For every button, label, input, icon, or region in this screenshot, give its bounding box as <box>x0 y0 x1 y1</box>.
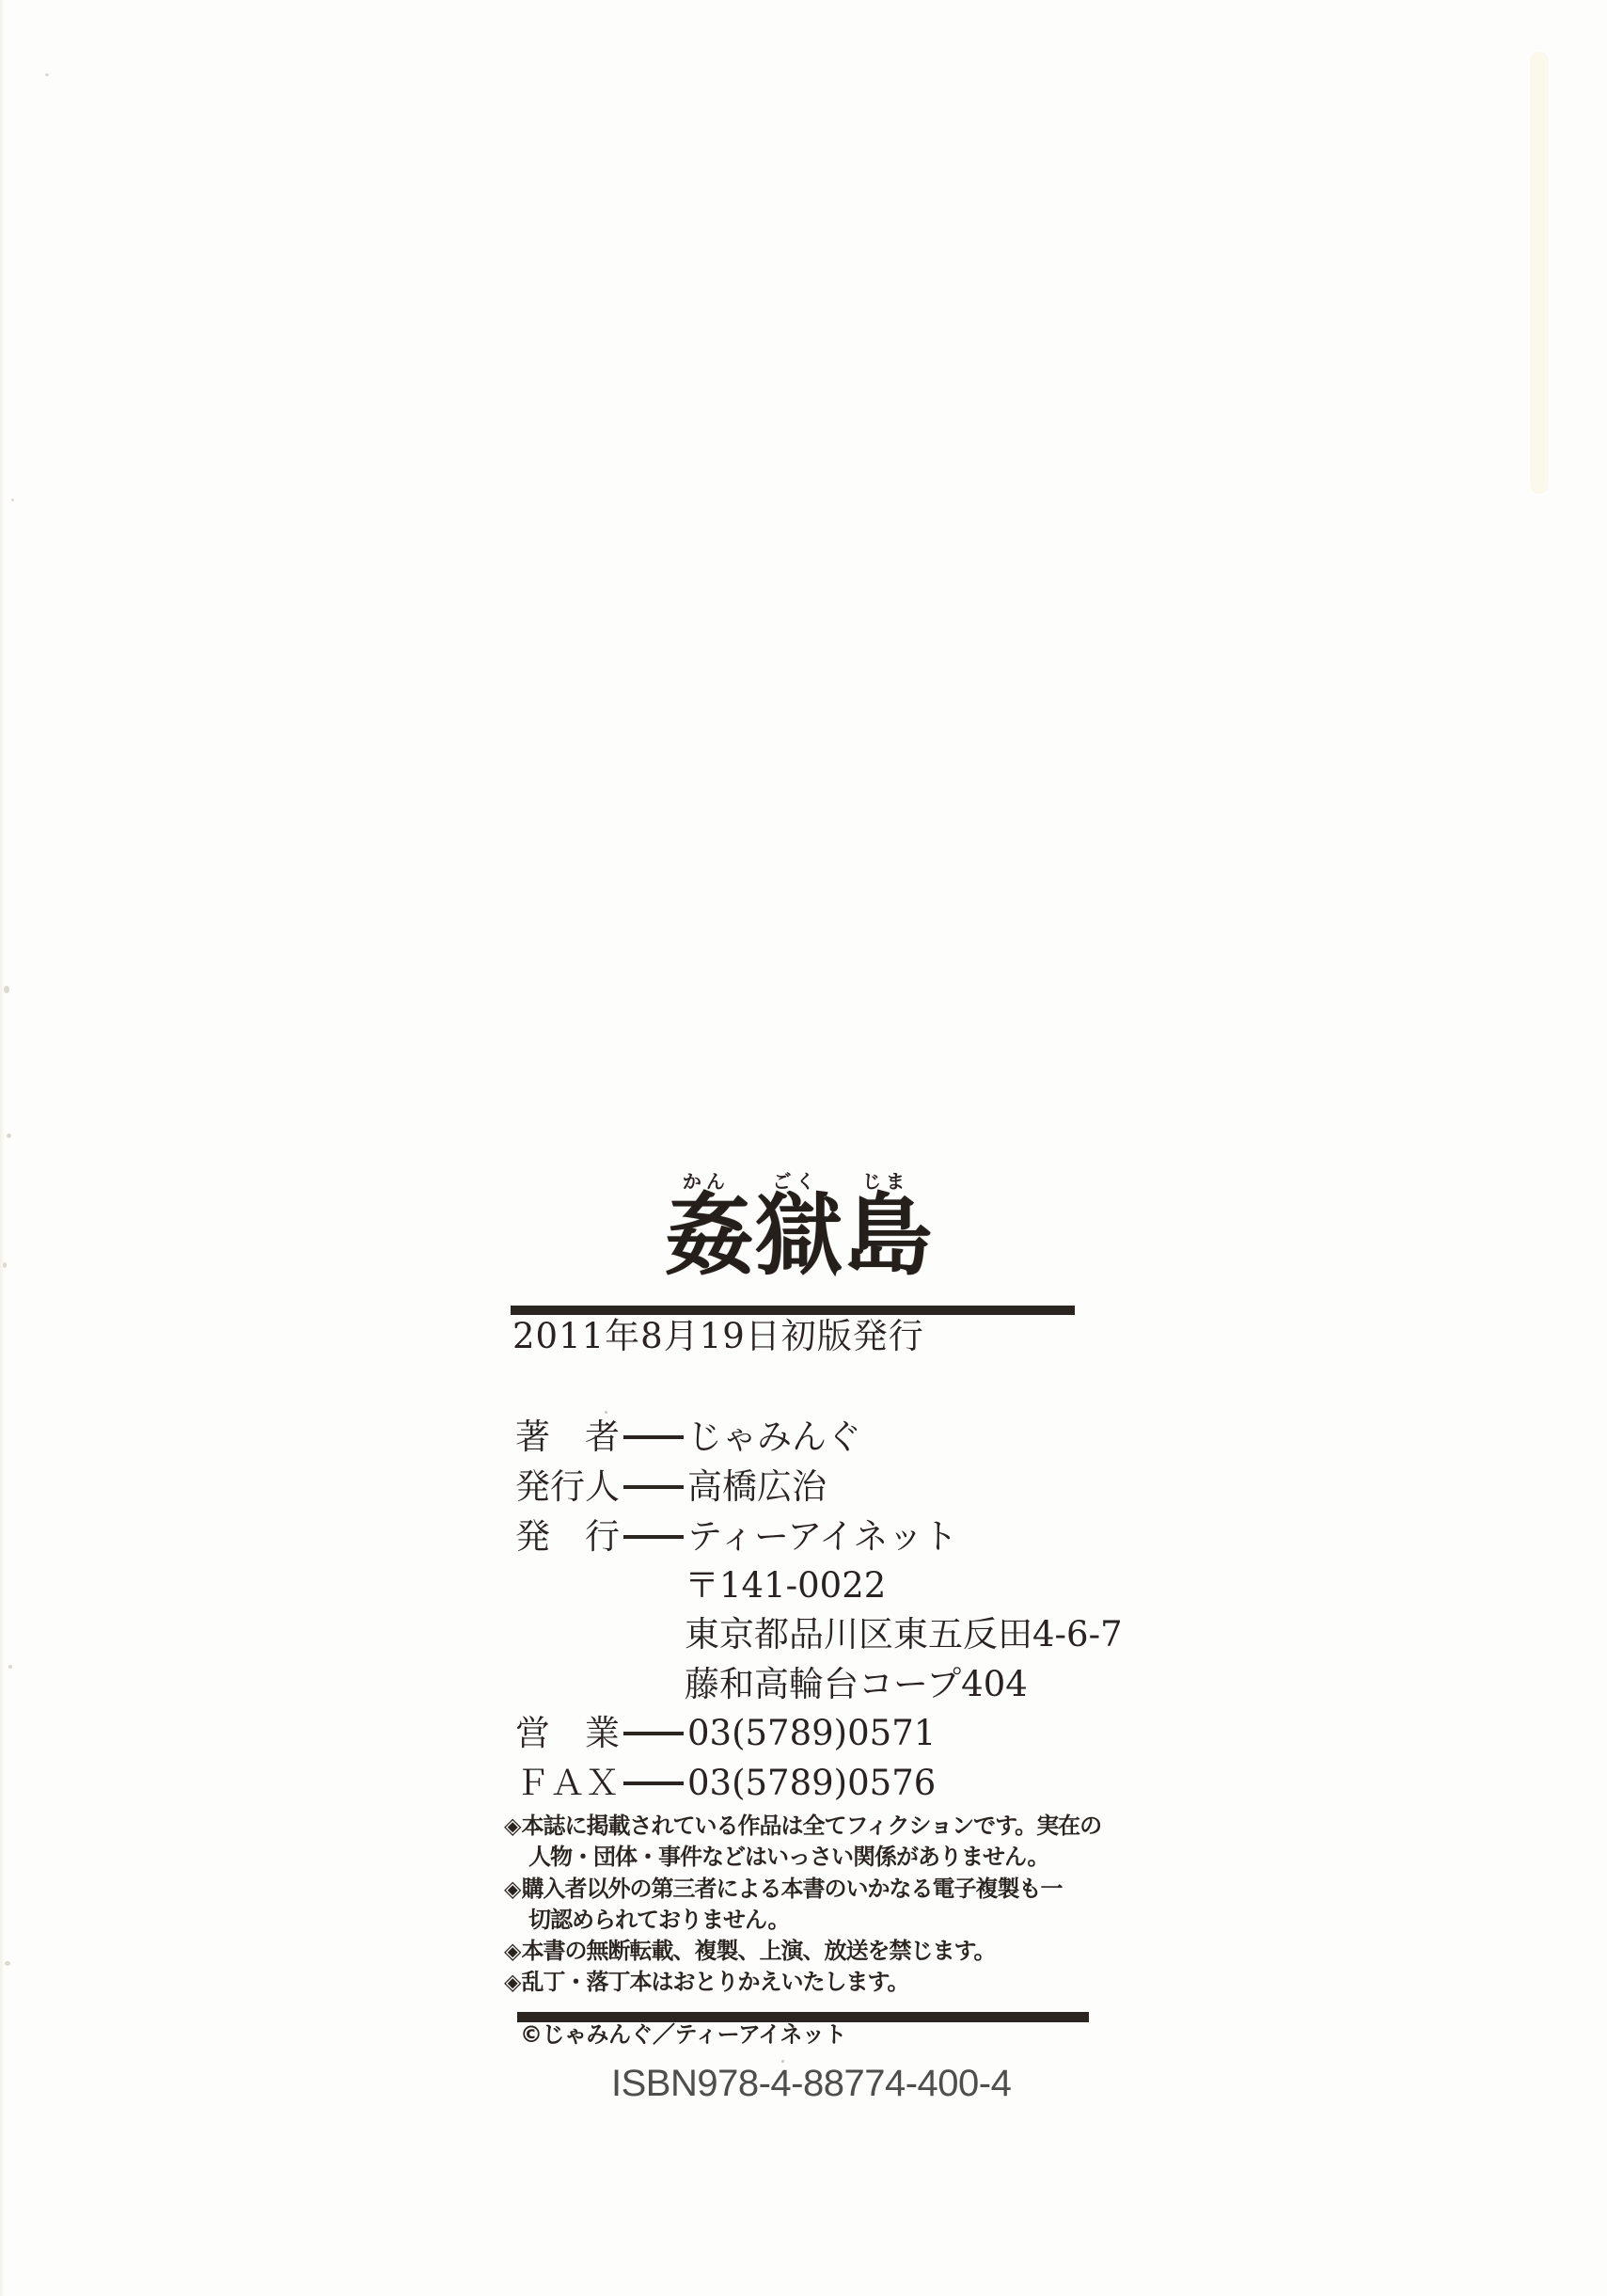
diamond-marker-icon: ◈ <box>504 1969 520 1995</box>
credit-label: 著 者 <box>515 1417 622 1458</box>
edition-date: 2011年8月19日初版発行 <box>512 1315 924 1358</box>
copyright-line: ©じゃみんぐ／ティーアイネット <box>520 2019 846 2051</box>
dash-rule <box>623 1485 684 1489</box>
contact-row-sales: 営 業 03(5789)0571 <box>515 1713 936 1754</box>
notice-fiction-line-2: 人物・団体・事件などはいっさい関係がありません。 <box>528 1841 1048 1873</box>
scan-warm-band <box>1530 52 1549 494</box>
scan-speck <box>8 1665 12 1669</box>
credit-label: 発 行 <box>515 1516 622 1558</box>
diamond-marker-icon: ◈ <box>504 1876 520 1902</box>
scan-dot <box>605 1411 607 1414</box>
notice-text: 乱丁・落丁本はおとりかえいたします。 <box>521 1969 908 1995</box>
postal-code: 〒141-0022 <box>685 1565 886 1607</box>
notice-text: 本誌に掲載されている作品は全てフィクションです。実在の <box>521 1813 1101 1839</box>
isbn-number: ISBN978-4-88774-400-4 <box>611 2062 1011 2105</box>
contact-label: ＦＡＸ <box>515 1763 622 1804</box>
notice-reprint: ◈本書の無断転載、複製、上演、放送を禁じます。 <box>504 1935 996 1967</box>
notice-copy-line-2: 切認められておりません。 <box>528 1904 789 1936</box>
scan-speck <box>45 73 49 76</box>
scan-edge-shadow <box>0 0 5 2296</box>
book-title: 姦獄島 <box>508 1191 1091 1283</box>
notice-text: 切認められておりません。 <box>528 1907 789 1933</box>
notice-fiction-line-1: ◈本誌に掲載されている作品は全てフィクションです。実在の <box>504 1810 1101 1842</box>
notice-text: 本書の無断転載、複製、上演、放送を禁じます。 <box>521 1938 995 1964</box>
dash-rule <box>623 1535 684 1539</box>
scan-speck <box>4 986 9 993</box>
credit-value: じゃみんぐ <box>687 1417 861 1458</box>
scan-speck <box>11 499 14 501</box>
address-line-2: 藤和高輪台コープ404 <box>685 1664 1028 1705</box>
dash-rule <box>623 1435 684 1439</box>
diamond-marker-icon: ◈ <box>504 1813 520 1839</box>
credit-row-publisher-person: 発行人 高橋広治 <box>515 1466 827 1508</box>
diamond-marker-icon: ◈ <box>504 1938 520 1964</box>
contact-label: 営 業 <box>515 1713 622 1754</box>
address-line-1: 東京都品川区東五反田4-6-7 <box>685 1614 1123 1655</box>
credit-value: ティーアイネット <box>687 1516 958 1558</box>
divider-top <box>511 1306 1075 1315</box>
contact-value: 03(5789)0576 <box>687 1763 936 1804</box>
scan-speck <box>5 1961 10 1966</box>
scan-speck <box>7 1133 11 1138</box>
contact-value: 03(5789)0571 <box>687 1713 936 1754</box>
notice-text: 購入者以外の第三者による本書のいかなる電子複製も一 <box>521 1876 1062 1902</box>
credit-label: 発行人 <box>515 1466 622 1508</box>
scan-speck <box>3 1262 7 1268</box>
notice-copy-line-1: ◈購入者以外の第三者による本書のいかなる電子複製も一 <box>504 1873 1062 1905</box>
notice-defective-copy: ◈乱丁・落丁本はおとりかえいたします。 <box>504 1966 909 1998</box>
dash-rule <box>623 1781 684 1785</box>
credit-row-publisher: 発 行 ティーアイネット <box>515 1516 958 1558</box>
credit-value: 高橋広治 <box>687 1466 827 1508</box>
contact-row-fax: ＦＡＸ 03(5789)0576 <box>515 1763 936 1804</box>
credit-row-author: 著 者 じゃみんぐ <box>515 1417 861 1458</box>
dash-rule <box>623 1732 684 1735</box>
scanned-colophon-page: かん ごく じま 姦獄島 2011年8月19日初版発行 著 者 じゃみんぐ 発行… <box>0 0 1607 2296</box>
notice-text: 人物・団体・事件などはいっさい関係がありません。 <box>528 1844 1048 1870</box>
